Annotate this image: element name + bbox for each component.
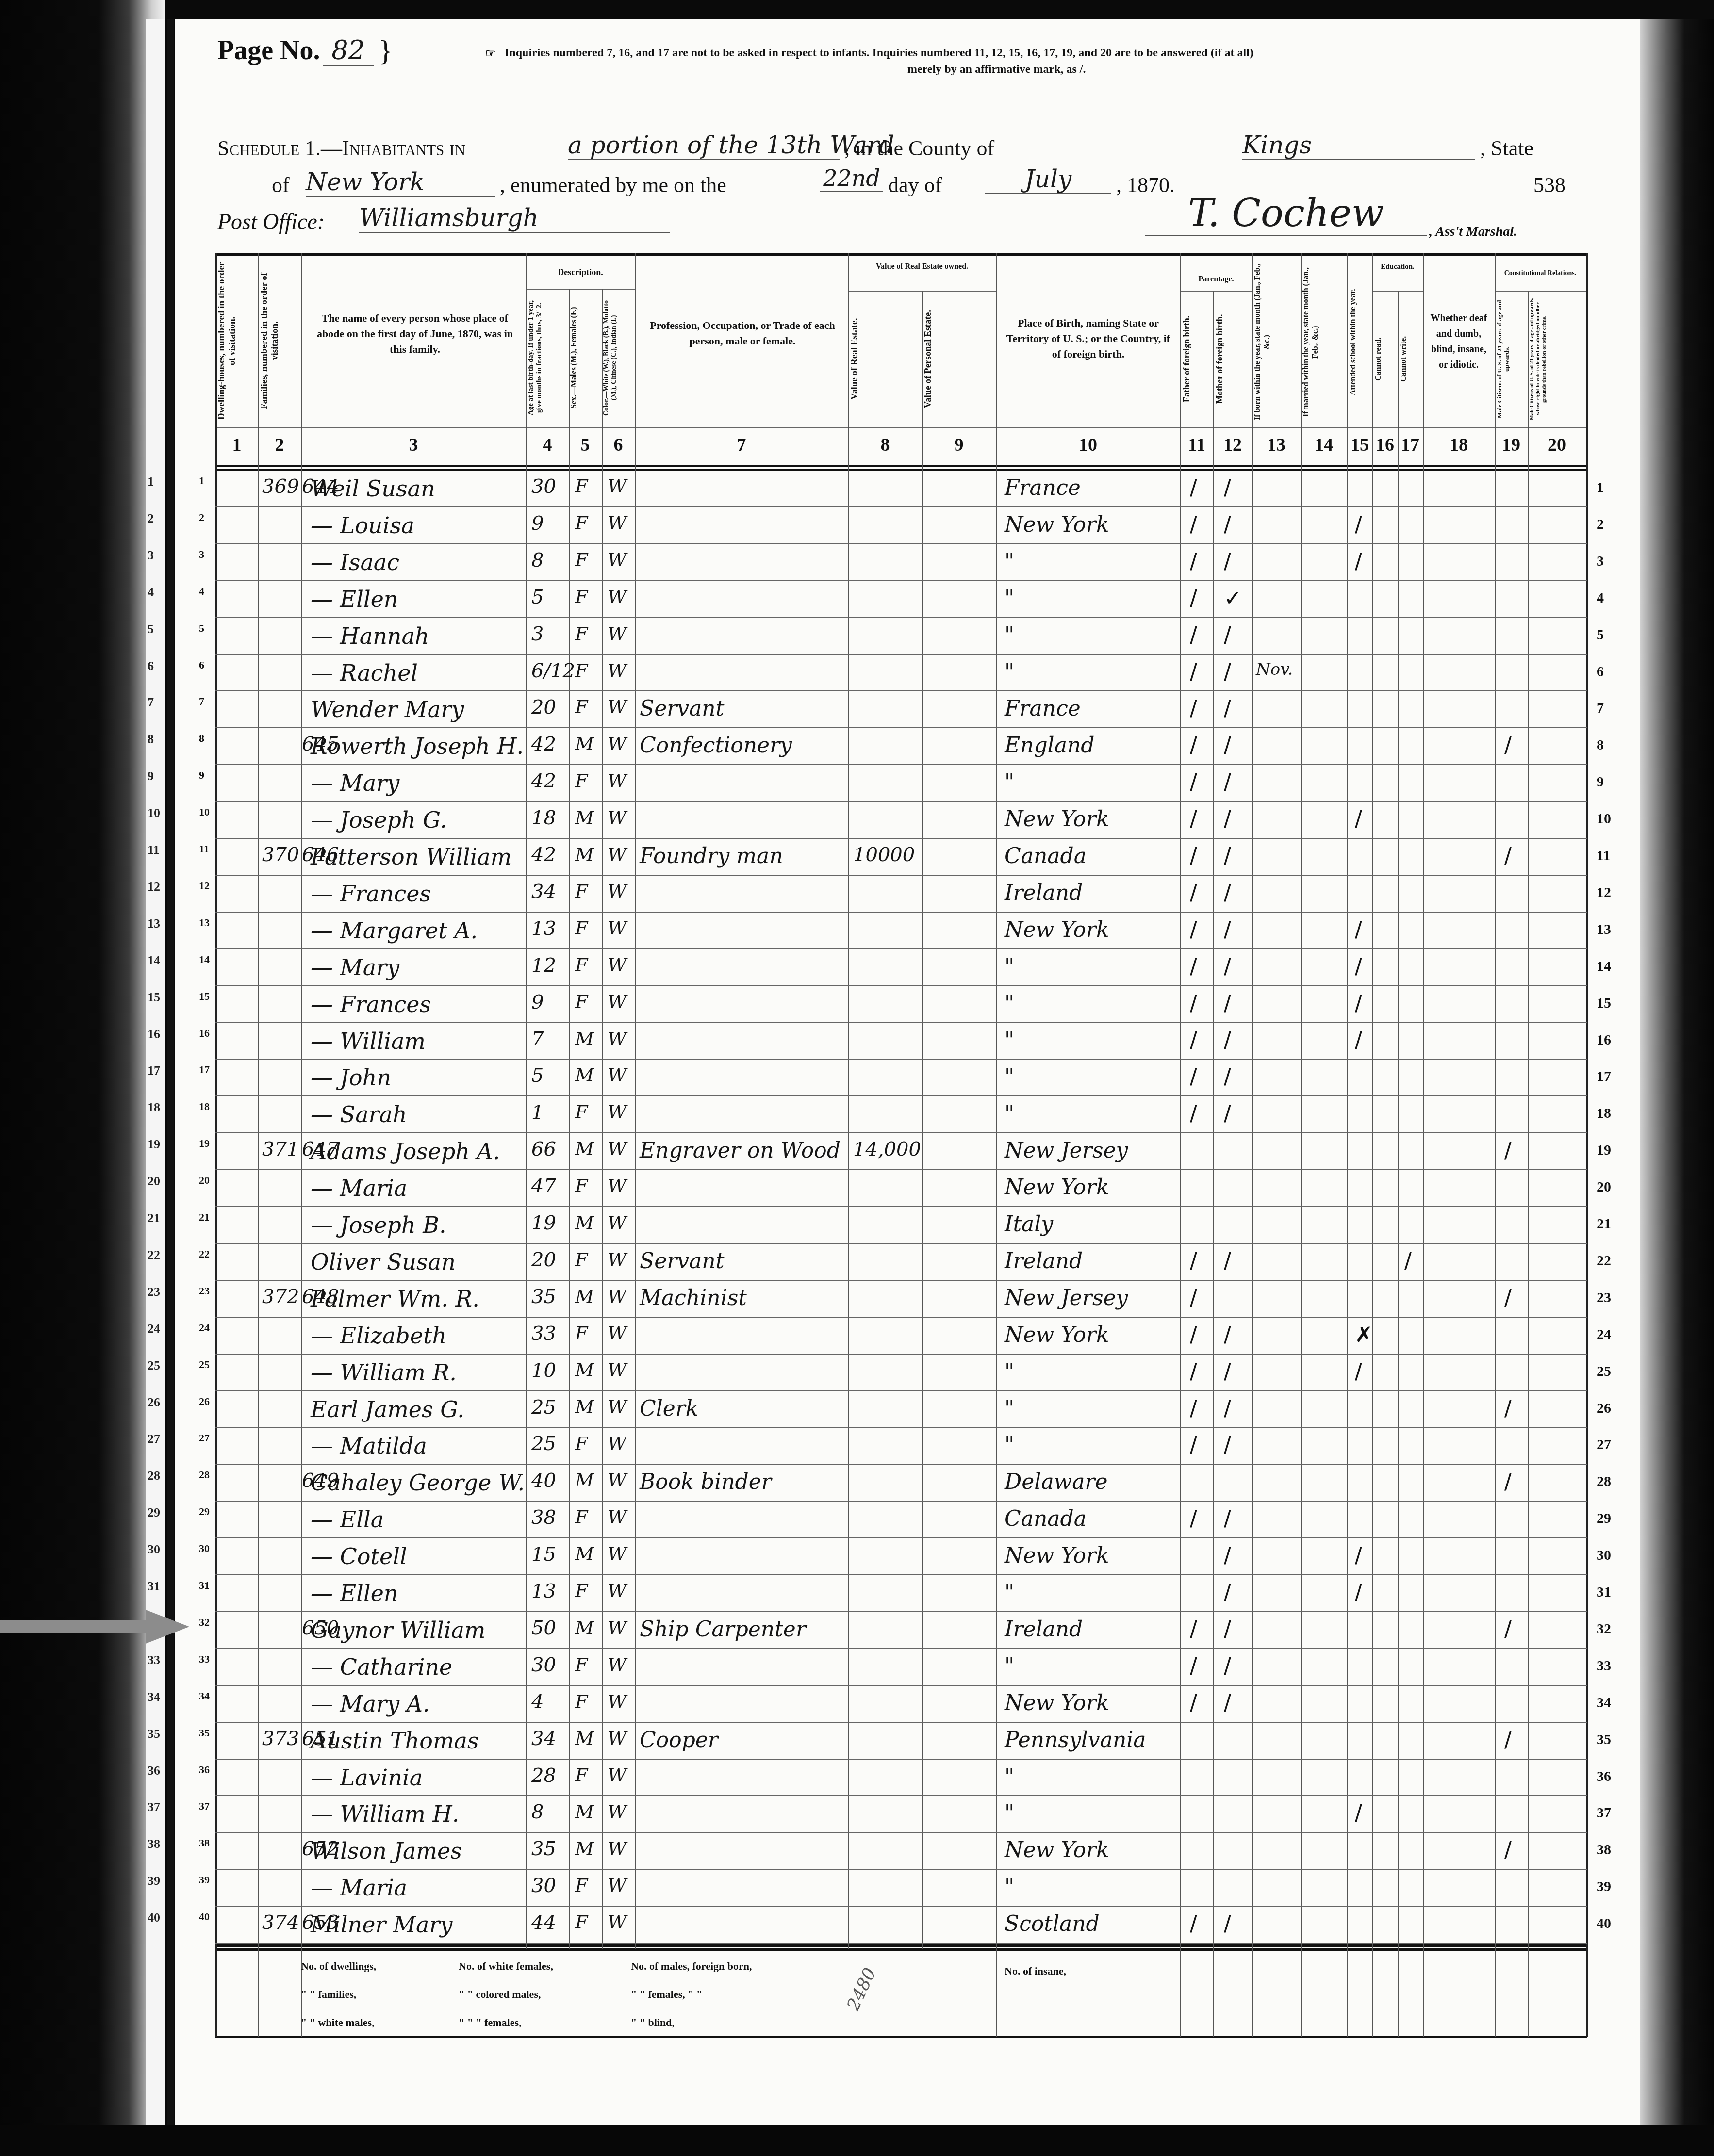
header-father-foreign: Father of foreign birth. [1181,296,1212,422]
father-foreign-mark: / [1190,623,1197,648]
age: 42 [531,733,556,755]
person-name: — Sarah [311,1101,407,1127]
color: W [608,696,626,718]
person-name: — Margaret A. [311,917,478,944]
mother-foreign-mark: / [1224,807,1231,832]
binding-row-number: 3 [148,548,154,563]
row-rule [215,1022,1587,1023]
county-field: Kings [1242,131,1475,160]
occupation: Servant [640,696,724,721]
dwelling-number: 370 [262,844,299,866]
age: 4 [531,1691,544,1713]
column-number-5: 5 [571,434,600,456]
header-school: Attended school within the year. [1348,262,1371,422]
row-number-left: 5 [199,622,204,635]
age: 7 [531,1028,544,1050]
binding-row-number: 16 [148,1027,160,1042]
color: W [608,1580,626,1601]
row-number-left: 35 [199,1727,210,1739]
person-name: — William H. [311,1801,459,1827]
father-foreign-mark: / [1190,660,1197,685]
binding-row-number: 14 [148,953,160,968]
header-dwelling: Dwelling-houses, numbered in the order o… [216,260,257,422]
post-office-label: Post Office: [217,209,325,234]
person-name: — Frances [311,881,431,907]
row-number-right: 27 [1597,1437,1611,1453]
father-foreign-mark: / [1190,1359,1197,1384]
sex: M [575,1359,594,1381]
footer-insane: No. of insane, [1005,1965,1066,1977]
binding-row-number: 40 [148,1911,160,1925]
birthplace: New York [1005,512,1109,537]
header-birthplace: Place of Birth, naming State or Territor… [1005,315,1172,362]
birthplace: " [1005,1875,1014,1899]
birthplace: Delaware [1005,1470,1108,1494]
color: W [608,954,626,976]
binding-row-number: 38 [148,1837,160,1851]
row-number-right: 16 [1597,1032,1611,1048]
person-name: Patterson William [311,844,511,870]
col-line-18-19 [1495,253,1496,2037]
row-number-right: 35 [1597,1731,1611,1748]
binding-row-number: 39 [148,1874,160,1888]
school-mark: / [1355,549,1362,574]
header-male-citizens: Male Citizens of U. S. of 21 years of ag… [1496,296,1527,422]
sex: M [575,1064,594,1086]
person-name: — William R. [311,1359,457,1386]
header-occupation: Profession, Occupation, or Trade of each… [645,318,840,349]
birthplace: " [1005,1359,1014,1384]
color: W [608,881,626,902]
row-number-right: 32 [1597,1621,1611,1637]
father-foreign-mark: / [1190,1617,1197,1642]
row-number-left: 21 [199,1211,210,1224]
footer-dwellings: No. of dwellings, [301,1960,376,1973]
row-number-left: 2 [199,511,204,524]
header-color: Color.—White (W.), Black (B.), Mulatto (… [603,294,634,422]
row-number-left: 9 [199,769,204,782]
row-number-left: 32 [199,1616,210,1629]
color: W [608,733,626,754]
row-number-right: 25 [1597,1363,1611,1380]
row-number-right: 10 [1597,811,1611,827]
color: W [608,1654,626,1675]
row-number-right: 34 [1597,1695,1611,1711]
color: W [608,1138,626,1160]
person-name: Wilson James [311,1838,462,1864]
mother-foreign-mark: / [1224,1028,1231,1053]
column-number-6: 6 [604,434,633,456]
row-number-left: 34 [199,1690,210,1702]
birthplace: " [1005,770,1014,795]
birthplace: Ireland [1005,1617,1083,1642]
sex: M [575,1028,594,1049]
parentage-group-rule [1180,291,1252,292]
mother-foreign-mark: / [1224,696,1231,721]
binding-row-number: 23 [148,1285,160,1299]
binding-row-number: 7 [148,695,154,710]
mother-foreign-mark: / [1224,733,1231,758]
row-number-left: 13 [199,916,210,929]
column-number-1: 1 [222,434,251,456]
school-mark: ✗ [1355,1323,1373,1347]
birthplace: " [1005,954,1014,979]
col-line-15-16 [1372,253,1373,2037]
birthplace: New York [1005,1543,1109,1568]
footer-blind: " " blind, [631,2016,675,2029]
row-number-right: 20 [1597,1179,1611,1195]
age: 5 [531,586,544,608]
person-name: — Ella [311,1506,384,1533]
age: 3 [531,623,544,645]
header-cannot-read: Cannot read. [1373,296,1397,422]
person-name: Austin Thomas [311,1728,479,1754]
row-number-right: 15 [1597,995,1611,1012]
row-number-left: 11 [199,843,209,855]
row-number-right: 18 [1597,1105,1611,1122]
row-rule [215,580,1587,581]
row-rule [215,1832,1587,1833]
row-number-right: 26 [1597,1400,1611,1417]
page-number-label: Page No. [217,35,320,66]
header-constitutional-group: Constitutional Relations. [1495,269,1586,278]
col-line-8-9 [922,291,923,1949]
father-foreign-mark: / [1190,1506,1197,1531]
age: 33 [531,1323,556,1345]
school-mark: / [1355,1580,1362,1605]
sex: F [575,696,588,718]
color: W [608,1175,626,1196]
mother-foreign-mark: ✓ [1224,586,1242,611]
sex: F [575,1101,588,1123]
footer-males-foreign: No. of males, foreign born, [631,1960,752,1973]
header-real-estate: Value of Real Estate. [849,296,921,422]
person-name: — Rachel [311,660,418,686]
row-number-right: 3 [1597,553,1604,570]
column-number-3: 3 [399,434,428,456]
citizen-mark: / [1504,1617,1512,1642]
mother-foreign-mark: / [1224,549,1231,574]
father-foreign-mark: / [1190,844,1197,868]
person-name: Earl James G. [311,1396,464,1422]
sex: M [575,1396,594,1418]
father-foreign-mark: / [1190,1396,1197,1421]
occupation: Clerk [640,1396,698,1421]
binding-row-number: 6 [148,659,154,673]
person-name: Cahaley George W. [311,1470,525,1496]
color: W [608,1212,626,1233]
school-mark: / [1355,807,1362,832]
mother-foreign-mark: / [1224,512,1231,537]
constitutional-group-rule [1495,291,1586,292]
age: 34 [531,881,556,903]
page-number-value: 82 [323,35,374,66]
binding-row-number: 35 [148,1727,160,1741]
occupation: Confectionery [640,733,792,758]
header-vote-denied: Male Citizens of U. S. of 21 years of ag… [1529,296,1585,422]
occupation: Machinist [640,1286,747,1310]
col-line-13-14 [1301,253,1302,2037]
row-number-right: 5 [1597,627,1604,643]
sex: F [575,1911,588,1933]
header-age: Age at last birth-day. If under 1 year, … [527,294,568,422]
sex: F [575,991,588,1013]
binding-row-number: 11 [148,843,160,857]
column-number-9: 9 [944,434,973,456]
sex: F [575,1506,588,1528]
binding-row-number: 24 [148,1322,160,1336]
person-name: — Joseph G. [311,807,447,833]
color: W [608,1764,626,1786]
mother-foreign-mark: / [1224,1396,1231,1421]
person-name: Wender Mary [311,696,464,722]
binding-row-number: 10 [148,806,160,820]
person-name: — Isaac [311,549,399,575]
birthplace: France [1005,696,1081,721]
sex: M [575,1470,594,1491]
color: W [608,1323,626,1344]
citizen-mark: / [1504,1838,1512,1862]
sex: M [575,1801,594,1822]
color: W [608,1691,626,1712]
father-foreign-mark: / [1190,475,1197,500]
person-name: — Catharine [311,1654,452,1680]
row-number-right: 24 [1597,1326,1611,1343]
row-number-left: 24 [199,1322,210,1334]
column-number-4: 4 [533,434,562,456]
color: W [608,1064,626,1086]
binding-row-number: 30 [148,1542,160,1557]
page-bottom-edge [0,2125,1714,2156]
father-foreign-mark: / [1190,1433,1197,1457]
row-number-left: 4 [199,585,204,598]
row-number-right: 33 [1597,1658,1611,1674]
binding-row-number: 25 [148,1358,160,1373]
footer-colored-males: " " colored males, [459,1988,541,2001]
mother-foreign-mark: / [1224,475,1231,500]
father-foreign-mark: / [1190,881,1197,905]
sex: F [575,917,588,939]
birthplace: " [1005,1654,1014,1679]
mother-foreign-mark: / [1224,1323,1231,1347]
person-name: — John [311,1064,391,1091]
color: W [608,1506,626,1528]
row-rule [215,1648,1587,1649]
birthplace: " [1005,549,1014,574]
row-rule [215,948,1587,949]
occupation: Engraver on Wood [640,1138,841,1163]
sex: M [575,1543,594,1565]
age: 5 [531,1064,544,1087]
sex: F [575,1580,588,1601]
occupation: Book binder [640,1470,772,1494]
occupation: Foundry man [640,844,783,868]
father-foreign-mark: / [1190,954,1197,979]
person-name: — Ellen [311,1580,398,1606]
row-number-right: 6 [1597,664,1604,680]
row-number-left: 23 [199,1285,210,1297]
birthplace: Canada [1005,844,1087,868]
row-number-left: 17 [199,1063,210,1076]
sex: F [575,1691,588,1712]
footer-females-foreign: " " females, " " [631,1988,702,2001]
header-name: The name of every person whose place of … [315,310,514,357]
citizen-mark: / [1504,1396,1512,1421]
age: 66 [531,1138,556,1160]
father-foreign-mark: / [1190,1064,1197,1089]
binding-row-number: 9 [148,769,154,784]
col-line-4-5 [569,289,570,1949]
person-name: Adams Joseph A. [311,1138,500,1164]
row-rule [215,1317,1587,1318]
binding-row-number: 27 [148,1432,160,1446]
col-line-19-20 [1528,291,1529,2037]
row-rule [215,1722,1587,1723]
row-rule [215,1427,1587,1428]
row-number-right: 28 [1597,1473,1611,1490]
row-rule [215,985,1587,986]
color: W [608,844,626,865]
person-name: — Cotell [311,1543,407,1569]
sex: M [575,1728,594,1749]
sex: M [575,733,594,754]
person-name: — Hannah [311,623,429,649]
col-line-12-13 [1252,253,1253,2037]
column-number-15: 15 [1345,434,1374,456]
birthplace: " [1005,1028,1014,1053]
binding-row-number: 17 [148,1063,160,1078]
citizen-mark: / [1504,1728,1512,1752]
school-mark: / [1355,1801,1362,1826]
age: 42 [531,770,556,792]
binding-row-number: 33 [148,1653,160,1667]
column-number-20: 20 [1542,434,1571,456]
binding-row-number: 21 [148,1211,160,1225]
color: W [608,512,626,534]
person-name: Oliver Susan [311,1249,456,1275]
person-name: — Matilda [311,1433,427,1459]
sex: F [575,1175,588,1196]
birthplace: " [1005,1101,1014,1126]
sex: F [575,1654,588,1675]
col-line-10-11 [1180,253,1181,2037]
table-bottom-rule [215,2036,1587,2038]
binding-row-number: 13 [148,916,160,931]
birthplace: " [1005,1064,1014,1089]
enumerated-label: , enumerated by me on the [500,173,726,197]
birthplace: New York [1005,1323,1109,1347]
age: 30 [531,1875,556,1897]
sex: M [575,807,594,828]
school-mark: / [1355,1028,1362,1053]
location-field: a portion of the 13th Ward [568,131,840,160]
binding-rule [167,19,174,2144]
header-married-month: If married within the year, state month … [1302,262,1346,422]
row-rule [215,1574,1587,1575]
citizen-mark: / [1504,1286,1512,1310]
row-number-left: 26 [199,1395,210,1408]
sex: F [575,512,588,534]
brace-glyph: } [379,34,393,67]
row-rule [215,727,1587,728]
color: W [608,1543,626,1565]
sex: F [575,586,588,607]
column-number-18: 18 [1444,434,1473,456]
row-number-right: 13 [1597,921,1611,938]
row-rule [215,543,1587,544]
birthplace: New Jersey [1005,1138,1128,1163]
row-number-left: 38 [199,1837,210,1849]
mother-foreign-mark: / [1224,991,1231,1016]
header-mother-foreign: Mother of foreign birth. [1214,296,1251,422]
mother-foreign-mark: / [1224,844,1231,868]
sex: F [575,549,588,571]
header-description-group: Description. [526,264,635,280]
father-foreign-mark: / [1190,1654,1197,1679]
header-estate-group: Value of Real Estate owned. [848,262,996,272]
sex: F [575,1249,588,1270]
column-number-14: 14 [1309,434,1338,456]
color: W [608,586,626,607]
father-foreign-mark: / [1190,1323,1197,1347]
sex: M [575,1617,594,1638]
sex: F [575,475,588,497]
birthplace: England [1005,733,1094,758]
row-number-right: 36 [1597,1768,1611,1785]
row-rule [215,1390,1587,1391]
mother-foreign-mark: / [1224,1359,1231,1384]
occupation: Cooper [640,1728,718,1752]
birthplace: Pennsylvania [1005,1728,1146,1752]
binding-row-number: 2 [148,511,154,526]
mother-foreign-mark: / [1224,1506,1231,1531]
footer-white-females: No. of white females, [459,1960,553,1973]
description-group-rule [526,289,635,290]
mother-foreign-mark: / [1224,881,1231,905]
color: W [608,807,626,828]
birthplace: " [1005,1396,1014,1421]
row-rule [215,1501,1587,1502]
column-number-7: 7 [727,434,756,456]
row-rule [215,1759,1587,1760]
row-number-left: 39 [199,1874,210,1886]
row-number-left: 7 [199,695,204,708]
col-line-14-15 [1347,253,1348,2037]
row-number-left: 40 [199,1911,210,1923]
book-binding [0,0,165,2156]
row-rule [215,1132,1587,1133]
mother-foreign-mark: / [1224,1064,1231,1089]
row-number-left: 6 [199,659,204,671]
color: W [608,475,626,497]
stamped-page-number: 538 [1533,173,1566,197]
mother-foreign-mark: / [1224,1580,1231,1605]
binding-row-number: 29 [148,1505,160,1520]
row-rule [215,1611,1587,1612]
birthplace: " [1005,1764,1014,1789]
row-number-left: 19 [199,1137,210,1150]
row-number-left: 20 [199,1174,210,1187]
header-sex: Sex.—Males (M.), Females (F.) [570,294,601,422]
age: 19 [531,1212,556,1234]
row-number-right: 22 [1597,1253,1611,1269]
row-number-left: 3 [199,548,204,561]
sex: F [575,1764,588,1786]
row-number-left: 30 [199,1542,210,1555]
row-rule [215,1169,1587,1170]
person-name: — Mary A. [311,1691,430,1717]
header-bottom-rule-2 [215,469,1587,471]
